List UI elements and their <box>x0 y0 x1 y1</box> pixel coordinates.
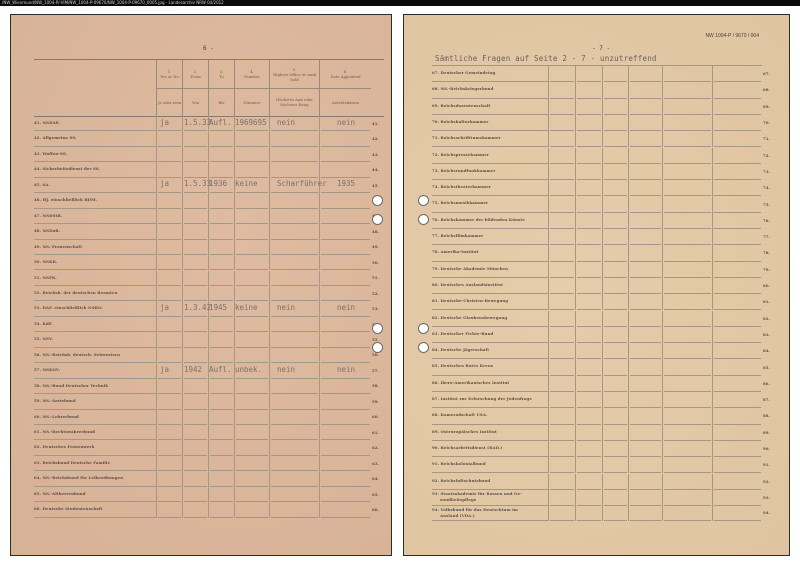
row-label: 88. Kameradschaft USA. <box>432 412 487 417</box>
row-number: 50. <box>372 260 379 265</box>
typed-entry: keine <box>235 179 258 188</box>
cell-divider <box>712 343 713 359</box>
cell-divider <box>269 116 270 131</box>
row-label: 82. Deutsche Glaubensbewegung <box>432 315 507 320</box>
cell-divider <box>712 327 713 343</box>
cell-divider <box>319 255 320 270</box>
file-path-text: /NW_Wienmund/NW_1004-P/-VIM/NW_1004-P-09… <box>2 0 224 5</box>
table-row: 49. NS.-Frauenschaft49. <box>34 240 384 255</box>
row-label: 68. NS.-Reichskriegerbund <box>432 86 493 91</box>
row-label: 48. NSDoB. <box>34 228 60 233</box>
cell-divider <box>319 271 320 286</box>
cell-divider <box>319 471 320 486</box>
cell-divider <box>712 311 713 327</box>
cell-divider <box>548 425 549 441</box>
cell-divider <box>575 376 576 392</box>
row-label: 47. NSDStB. <box>34 213 62 218</box>
cell-divider <box>269 410 270 425</box>
cell-divider <box>628 164 629 180</box>
cell-divider <box>662 148 663 164</box>
table-row: 87. Institut zur Erforschung der Judenfr… <box>432 392 767 408</box>
row-number: 43. <box>372 152 379 157</box>
cell-divider <box>602 99 603 115</box>
table-row: 63. Reichsbund Deutsche Familie63. <box>34 456 384 471</box>
cell-divider <box>182 487 183 502</box>
cell-divider <box>548 327 549 343</box>
row-label: 55. NSV. <box>34 336 53 341</box>
left-page: 6 - 1.Yes or NoJa oder nein2.FromVon3.To… <box>10 14 392 556</box>
table-row: 58. NS.-Bund Deutscher Technik58. <box>34 379 384 394</box>
cell-divider <box>319 162 320 177</box>
table-row: 74. Reichstheaterkammer74. <box>432 180 767 196</box>
cell-divider <box>269 131 270 146</box>
table-row: 76. Reichskammer der bildenden Künste76. <box>432 213 767 229</box>
cell-divider <box>208 394 209 409</box>
row-label: 94. Volksbund für das Deutschtum imAusla… <box>432 507 518 519</box>
cell-divider <box>182 425 183 440</box>
typed-entry: Scharführer <box>277 179 327 188</box>
cell-divider <box>575 164 576 180</box>
typed-entry: nein <box>277 303 295 312</box>
cell-divider <box>208 209 209 224</box>
row-label: 85. Deutsches Rotes Kreuz <box>432 363 493 368</box>
row-label: 44. Sicherheitsdienst der SS. <box>34 166 100 171</box>
cell-divider <box>712 115 713 131</box>
cell-divider <box>662 474 663 490</box>
cell-divider <box>182 394 183 409</box>
cell-divider <box>208 147 209 162</box>
cell-divider <box>234 255 235 270</box>
table-row: 91. Reichskolonialbund91. <box>432 457 767 473</box>
cell-divider <box>548 131 549 147</box>
cell-divider <box>156 440 157 455</box>
cell-divider <box>662 278 663 294</box>
cell-divider <box>319 209 320 224</box>
row-rule <box>432 520 548 521</box>
row-label: 92. Reichsluftschutzbund <box>432 478 490 483</box>
cell-divider <box>182 240 183 255</box>
row-label: 86. Ibero-Amerikanisches Institut <box>432 380 509 385</box>
cell-divider <box>208 193 209 208</box>
table-row: 56. NS.-Reichsb. deutsch. Schwestern56. <box>34 348 384 363</box>
cell-divider <box>548 441 549 457</box>
typed-entry: ja <box>160 303 169 312</box>
cell-divider <box>156 131 157 146</box>
cell-divider <box>319 456 320 471</box>
row-number: 52. <box>372 291 379 296</box>
cell-divider <box>234 224 235 239</box>
cell-divider <box>662 441 663 457</box>
row-label: 90. Reichsarbeitsdienst (RAD.) <box>432 445 502 450</box>
cell-divider <box>269 425 270 440</box>
cell-divider <box>628 359 629 375</box>
table-row: 68. NS.-Reichskriegerbund68. <box>432 82 767 98</box>
cell-divider <box>628 474 629 490</box>
table-row: 50. NSKK.50. <box>34 255 384 270</box>
table-row: 41. NSDAP.41.ja1.5.33Aufl.1969695neinnei… <box>34 116 384 131</box>
cell-divider <box>156 271 157 286</box>
cell-divider <box>156 193 157 208</box>
punch-hole <box>372 342 383 353</box>
column-header-de: Nummer <box>234 88 269 116</box>
typed-entry: nein <box>337 303 355 312</box>
cell-divider <box>712 408 713 424</box>
cell-divider <box>575 131 576 147</box>
row-rule <box>34 517 156 518</box>
cell-divider <box>548 229 549 245</box>
row-label: 42. Allgemeine SS. <box>34 135 77 140</box>
cell-divider <box>234 147 235 162</box>
row-number: 75. <box>763 202 770 207</box>
cell-divider <box>712 425 713 441</box>
cell-divider <box>548 99 549 115</box>
cell-divider <box>156 410 157 425</box>
row-number: 83. <box>763 332 770 337</box>
cell-divider <box>319 332 320 347</box>
row-label: 53. DAF. einschließlich NSBO. <box>34 305 103 310</box>
column-header-de: Höchstes Amt oder höchster Rang <box>269 88 319 116</box>
cell-divider <box>234 271 235 286</box>
cell-divider <box>182 178 183 193</box>
cell-divider <box>156 240 157 255</box>
cell-divider <box>234 193 235 208</box>
cell-divider <box>208 131 209 146</box>
row-label: 77. Reichsfilmkammer <box>432 233 483 238</box>
table-row: 55. NSV.55. <box>34 332 384 347</box>
cell-divider <box>548 376 549 392</box>
cell-divider <box>269 240 270 255</box>
cell-divider <box>575 66 576 82</box>
row-label: 84. Deutsche Jägerschaft <box>432 347 489 352</box>
cell-divider <box>208 224 209 239</box>
table-row: 45. SA.45.ja1.5.331936keineScharführer19… <box>34 178 384 193</box>
row-number: 91. <box>763 462 770 467</box>
cell-divider <box>182 317 183 332</box>
column-title-en: Number <box>244 74 260 79</box>
cell-divider <box>575 245 576 261</box>
cell-divider <box>602 376 603 392</box>
cell-divider <box>602 311 603 327</box>
table-row: 64. NS.-Reichsbund für Leibesübungen64. <box>34 471 384 486</box>
row-label: 66. Deutsche Studentenschaft <box>34 506 103 511</box>
row-number: 65. <box>372 492 379 497</box>
cell-divider <box>234 440 235 455</box>
cell-divider <box>156 255 157 270</box>
cell-divider <box>602 115 603 131</box>
row-label: 89. Osteuropäisches Institut <box>432 429 497 434</box>
row-label: 78. Amerika-Institut <box>432 249 479 254</box>
cell-divider <box>319 193 320 208</box>
table-row: 42. Allgemeine SS.42. <box>34 131 384 146</box>
cell-divider <box>548 148 549 164</box>
cell-divider <box>548 457 549 473</box>
cell-divider <box>182 471 183 486</box>
row-label: 69. Reichsdozentenschaft <box>432 103 490 108</box>
cell-divider <box>234 317 235 332</box>
row-number: 79. <box>763 267 770 272</box>
cell-divider <box>628 131 629 147</box>
table-row: 83. Deutscher Fichte-Bund83. <box>432 327 767 343</box>
cell-divider <box>575 506 576 522</box>
table-row: 90. Reichsarbeitsdienst (RAD.)90. <box>432 441 767 457</box>
cell-divider <box>575 343 576 359</box>
cell-divider <box>628 457 629 473</box>
cell-divider <box>208 240 209 255</box>
cell-divider <box>602 408 603 424</box>
cell-divider <box>575 148 576 164</box>
cell-divider <box>269 332 270 347</box>
column-header-en: 3.To <box>208 60 234 88</box>
cell-divider <box>234 456 235 471</box>
cell-divider <box>269 286 270 301</box>
cell-divider <box>575 474 576 490</box>
typed-entry: 1.5.33 <box>184 118 211 127</box>
column-title-en: Yes or No <box>160 74 179 79</box>
row-label: 70. Reichskulturkammer <box>432 119 489 124</box>
column-header-de: Antrittsdatum <box>319 88 371 116</box>
punch-hole <box>372 214 383 225</box>
row-label: 59. NS.-Ärztebund <box>34 398 76 403</box>
cell-rule <box>158 517 181 518</box>
cell-divider <box>602 294 603 310</box>
cell-divider <box>548 196 549 212</box>
table-row: 73. Reichsrundfunkkammer73. <box>432 164 767 180</box>
row-number: 56. <box>372 352 379 357</box>
row-label: 76. Reichskammer der bildenden Künste <box>432 217 525 222</box>
cell-divider <box>208 348 209 363</box>
cell-divider <box>208 286 209 301</box>
cell-divider <box>712 196 713 212</box>
cell-divider <box>602 359 603 375</box>
cell-divider <box>319 379 320 394</box>
cell-divider <box>182 456 183 471</box>
cell-divider <box>602 196 603 212</box>
cell-divider <box>208 271 209 286</box>
cell-divider <box>662 164 663 180</box>
cell-divider <box>575 82 576 98</box>
row-number: 49. <box>372 244 379 249</box>
row-number: 41. <box>372 121 379 126</box>
row-number: 88. <box>763 413 770 418</box>
cell-divider <box>662 327 663 343</box>
table-row: 79. Deutsche Akademie München79. <box>432 262 767 278</box>
row-label: 91. Reichskolonialbund <box>432 461 486 466</box>
cell-divider <box>602 474 603 490</box>
cell-divider <box>548 115 549 131</box>
typed-entry: nein <box>277 118 295 127</box>
cell-divider <box>156 209 157 224</box>
punch-hole <box>418 323 429 334</box>
cell-divider <box>662 229 663 245</box>
cell-rule <box>604 520 627 521</box>
cell-divider <box>575 392 576 408</box>
row-number: 85. <box>763 365 770 370</box>
cell-divider <box>712 66 713 82</box>
cell-divider <box>548 343 549 359</box>
row-label: 72. Reichspressekammer <box>432 152 489 157</box>
cell-divider <box>208 317 209 332</box>
row-number: 93. <box>763 495 770 500</box>
cell-divider <box>548 311 549 327</box>
table-row: 47. NSDStB.47. <box>34 209 384 224</box>
row-label: 80. Deutsches Auslandsinstitut <box>432 282 503 287</box>
cell-divider <box>602 327 603 343</box>
cell-divider <box>182 332 183 347</box>
cell-divider <box>182 131 183 146</box>
column-title-en: Highest Office or rank held <box>270 72 319 82</box>
cell-divider <box>269 178 270 193</box>
cell-rule <box>184 517 207 518</box>
page-number: 6 - <box>203 45 214 52</box>
row-label: 81. Deutsche-Christen-Bewegung <box>432 298 508 303</box>
cell-divider <box>712 506 713 522</box>
cell-divider <box>182 147 183 162</box>
typed-entry: 1936 <box>209 179 227 188</box>
typed-entry: 1945 <box>209 303 227 312</box>
row-label: 67. Deutscher Gemeindetag <box>432 70 495 75</box>
row-number: 51. <box>372 275 379 280</box>
row-number: 45. <box>372 183 379 188</box>
typed-entry: 1.5.33 <box>184 179 211 188</box>
row-number: 77. <box>763 234 770 239</box>
punch-hole <box>372 323 383 334</box>
cell-divider <box>319 301 320 316</box>
row-label: 61. NS.-Rechtswahrerbund <box>34 429 95 434</box>
table-row: 93. Staatsakademie für Rassen und Ge-sun… <box>432 490 767 506</box>
table-row: 66. Deutsche Studentenschaft66. <box>34 502 384 517</box>
table-row: 51. NSFK.51. <box>34 271 384 286</box>
row-label: 83. Deutscher Fichte-Bund <box>432 331 493 336</box>
row-label: 57. NSKOV. <box>34 367 60 372</box>
cell-divider <box>712 474 713 490</box>
cell-divider <box>548 82 549 98</box>
cell-divider <box>602 180 603 196</box>
cell-divider <box>269 348 270 363</box>
cell-divider <box>208 487 209 502</box>
table-row: 86. Ibero-Amerikanisches Institut86. <box>432 376 767 392</box>
cell-divider <box>548 278 549 294</box>
cell-divider <box>182 286 183 301</box>
cell-divider <box>712 180 713 196</box>
typed-note: Sämtliche Fragen auf Seite 2 - 7 - unzut… <box>435 54 657 63</box>
cell-divider <box>182 410 183 425</box>
cell-divider <box>662 213 663 229</box>
cell-divider <box>628 343 629 359</box>
cell-divider <box>182 363 183 378</box>
cell-divider <box>712 490 713 506</box>
row-number: 90. <box>763 446 770 451</box>
cell-divider <box>269 471 270 486</box>
cell-divider <box>269 162 270 177</box>
column-header-en: 4.Number <box>234 60 269 88</box>
cell-divider <box>602 66 603 82</box>
row-label: 74. Reichstheaterkammer <box>432 184 491 189</box>
table-row: 53. DAF. einschließlich NSBO.53.ja1.3.42… <box>34 301 384 316</box>
cell-divider <box>662 66 663 82</box>
cell-divider <box>628 311 629 327</box>
cell-divider <box>269 440 270 455</box>
cell-divider <box>269 193 270 208</box>
cell-divider <box>234 425 235 440</box>
cell-divider <box>712 131 713 147</box>
cell-divider <box>662 131 663 147</box>
cell-divider <box>662 245 663 261</box>
column-header-de: Ja oder nein <box>156 88 182 116</box>
cell-divider <box>208 410 209 425</box>
table-row: 62. Deutsches Frauenwerk62. <box>34 440 384 455</box>
cell-divider <box>319 286 320 301</box>
cell-divider <box>156 301 157 316</box>
table-row: 92. Reichsluftschutzbund92. <box>432 474 767 490</box>
cell-divider <box>662 343 663 359</box>
cell-divider <box>662 359 663 375</box>
cell-divider <box>548 506 549 522</box>
cell-divider <box>182 193 183 208</box>
row-number: 76. <box>763 218 770 223</box>
cell-divider <box>234 162 235 177</box>
cell-divider <box>602 457 603 473</box>
table-row: 88. Kameradschaft USA.88. <box>432 408 767 424</box>
cell-divider <box>575 278 576 294</box>
row-label: 87. Institut zur Erforschung der Judenfr… <box>432 396 532 401</box>
cell-divider <box>156 394 157 409</box>
cell-divider <box>575 441 576 457</box>
cell-rule <box>577 520 601 521</box>
cell-divider <box>602 213 603 229</box>
row-number: 64. <box>372 476 379 481</box>
cell-divider <box>234 410 235 425</box>
cell-divider <box>156 116 157 131</box>
cell-divider <box>712 441 713 457</box>
archive-reference: NW 1004-P / 9670 / 004 <box>705 33 759 39</box>
cell-divider <box>319 317 320 332</box>
row-label: 58. NS.-Bund Deutscher Technik <box>34 383 108 388</box>
cell-divider <box>182 271 183 286</box>
typed-entry: nein <box>337 118 355 127</box>
row-label: 73. Reichsrundfunkkammer <box>432 168 496 173</box>
cell-divider <box>628 408 629 424</box>
table-row: 82. Deutsche Glaubensbewegung82. <box>432 311 767 327</box>
cell-divider <box>548 262 549 278</box>
cell-divider <box>234 209 235 224</box>
cell-divider <box>319 147 320 162</box>
row-number: 68. <box>763 87 770 92</box>
cell-divider <box>319 394 320 409</box>
row-number: 84. <box>763 348 770 353</box>
cell-divider <box>182 116 183 131</box>
cell-divider <box>156 487 157 502</box>
row-number: 86. <box>763 381 770 386</box>
cell-divider <box>269 147 270 162</box>
cell-divider <box>319 502 320 517</box>
cell-divider <box>662 99 663 115</box>
row-number: 73. <box>763 169 770 174</box>
table-row: 75. Reichsmusikkammer75. <box>432 196 767 212</box>
typed-entry: keine <box>235 303 258 312</box>
row-label: 52. Reichsb. der deutschen Beamten <box>34 290 118 295</box>
row-label: 63. Reichsbund Deutsche Familie <box>34 460 110 465</box>
cell-divider <box>319 487 320 502</box>
cell-divider <box>575 311 576 327</box>
cell-divider <box>269 224 270 239</box>
cell-divider <box>208 456 209 471</box>
cell-divider <box>662 376 663 392</box>
cell-divider <box>182 348 183 363</box>
typed-entry: Aufl. <box>209 118 232 127</box>
row-label: 43. Waffen-SS. <box>34 151 67 156</box>
typed-entry: 1.3.42 <box>184 303 211 312</box>
typed-entry: Aufl. <box>209 365 232 374</box>
